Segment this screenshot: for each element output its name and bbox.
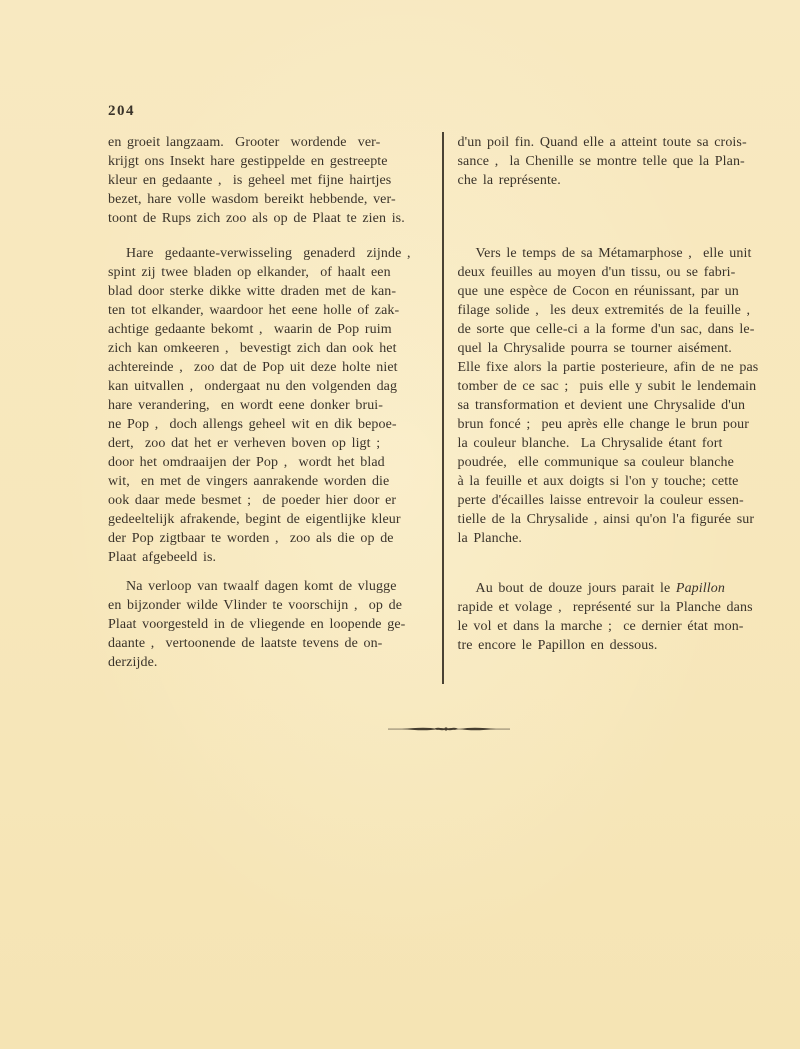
column-divider-rule xyxy=(442,132,444,684)
column-dutch-text: en groeit langzaam. Grooter wordende ver… xyxy=(108,133,428,672)
column-french-text: d'un poil fin. Quand elle a atteint tout… xyxy=(458,133,778,655)
page-number: 204 xyxy=(108,103,135,120)
paragraph: Vers le temps de sa Métamarphose , elle … xyxy=(458,244,778,548)
paragraph: en groeit langzaam. Grooter wordende ver… xyxy=(108,133,428,228)
book-page: 204 en groeit langzaam. Grooter wordende… xyxy=(0,0,800,1049)
text-columns: en groeit langzaam. Grooter wordende ver… xyxy=(108,133,778,684)
paragraph: d'un poil fin. Quand elle a atteint tout… xyxy=(458,133,778,190)
paragraph: Hare gedaante-verwisseling genaderd zijn… xyxy=(108,244,428,567)
divider-flourish-icon xyxy=(388,723,510,735)
paragraph: Au bout de douze jours parait le Papillo… xyxy=(458,579,778,655)
section-divider-ornament xyxy=(388,722,510,734)
paragraph: Na verloop van twaalf dagen komt de vlug… xyxy=(108,577,428,672)
